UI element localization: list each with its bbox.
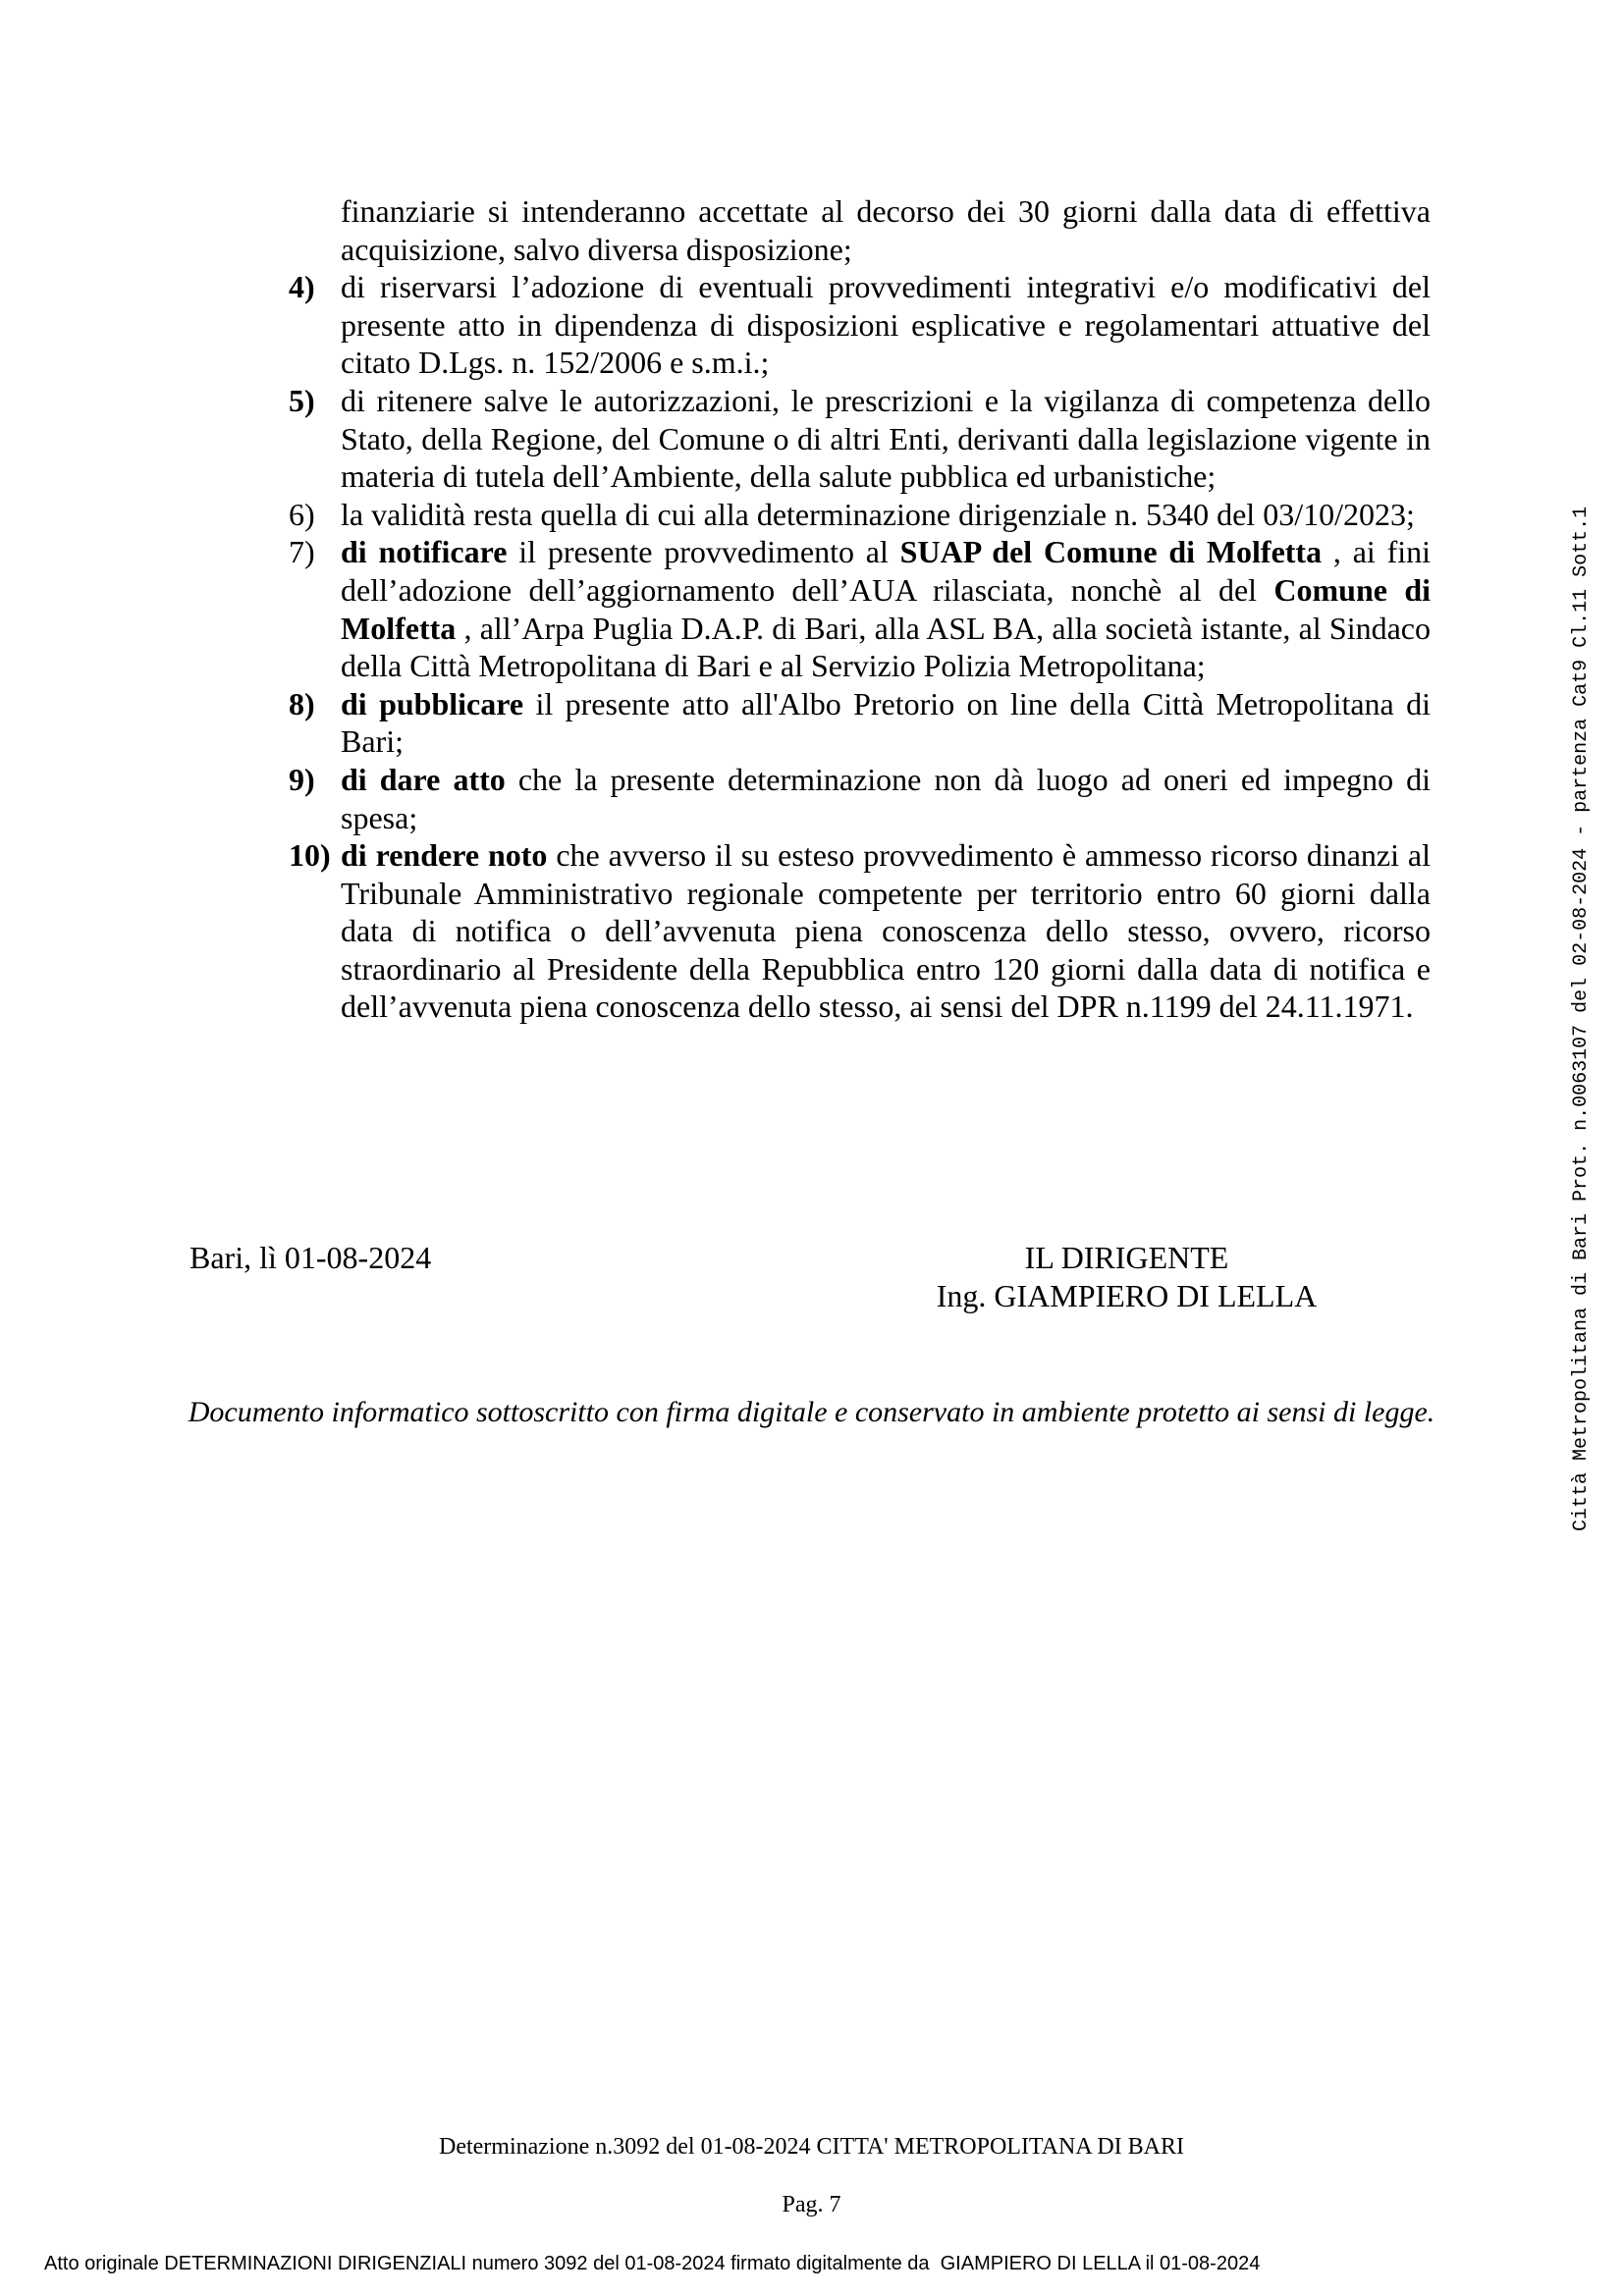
item-text-segment: SUAP del Comune di Molfetta	[900, 534, 1322, 569]
item-text-segment: di pubblicare	[341, 686, 523, 721]
signature-block: IL DIRIGENTE Ing. GIAMPIERO DI LELLA	[928, 1239, 1325, 1314]
footer-determination-line: Determinazione n.3092 del 01-08-2024 CIT…	[0, 2132, 1623, 2162]
item-number: 8)	[289, 685, 315, 723]
list-item-10: 10) di rendere noto che avverso il su es…	[285, 836, 1431, 1026]
signature-name: Ing. GIAMPIERO DI LELLA	[928, 1277, 1325, 1315]
signature-place-date: Bari, lì 01-08-2024	[189, 1239, 431, 1277]
item-text-segment: di ritenere salve le autorizzazioni, le …	[341, 383, 1431, 494]
item-text-segment: , all’Arpa Puglia D.A.P. di Bari, alla A…	[341, 611, 1431, 684]
list-item-continuation: finanziarie si intenderanno accettate al…	[285, 192, 1431, 268]
list-item-7: 7) di notificare il presente provvedimen…	[285, 533, 1431, 684]
list-item-4: 4) di riservarsi l’adozione di eventuali…	[285, 268, 1431, 382]
item-text-segment: di rendere noto	[341, 837, 547, 873]
item-text-segment: di dare atto	[341, 762, 506, 797]
item-number: 6)	[289, 496, 315, 534]
item-number: 9)	[289, 761, 315, 799]
item-number: 10)	[289, 836, 331, 875]
protocol-stamp-vertical: Città Metropolitana di Bari Prot. n.0063…	[1570, 507, 1594, 1531]
item-number: 5)	[289, 382, 315, 420]
footer-page-number: Pag. 7	[0, 2190, 1623, 2219]
digital-signature-notice: Documento informatico sottoscritto con f…	[0, 1395, 1623, 1430]
document-page: finanziarie si intenderanno accettate al…	[0, 0, 1623, 2296]
signature-role: IL DIRIGENTE	[928, 1239, 1325, 1277]
list-item-9: 9) di dare atto che la presente determin…	[285, 761, 1431, 836]
list-item-6: 6) la validità resta quella di cui alla …	[285, 496, 1431, 534]
item-text-segment: di notificare	[341, 534, 507, 569]
footer-original-act-line: Atto originale DETERMINAZIONI DIRIGENZIA…	[44, 2252, 1260, 2275]
item-number: 7)	[289, 533, 315, 571]
item-text-segment: finanziarie si intenderanno accettate al…	[341, 193, 1431, 267]
item-text-segment: il presente provvedimento al	[518, 534, 899, 569]
item-text-segment: di riservarsi l’adozione di eventuali pr…	[341, 269, 1431, 380]
resolution-list: finanziarie si intenderanno accettate al…	[285, 192, 1431, 1026]
item-text-segment: la validità resta quella di cui alla det…	[341, 497, 1415, 532]
list-item-8: 8) di pubblicare il presente atto all'Al…	[285, 685, 1431, 761]
item-number: 4)	[289, 268, 315, 306]
list-item-5: 5) di ritenere salve le autorizzazioni, …	[285, 382, 1431, 496]
